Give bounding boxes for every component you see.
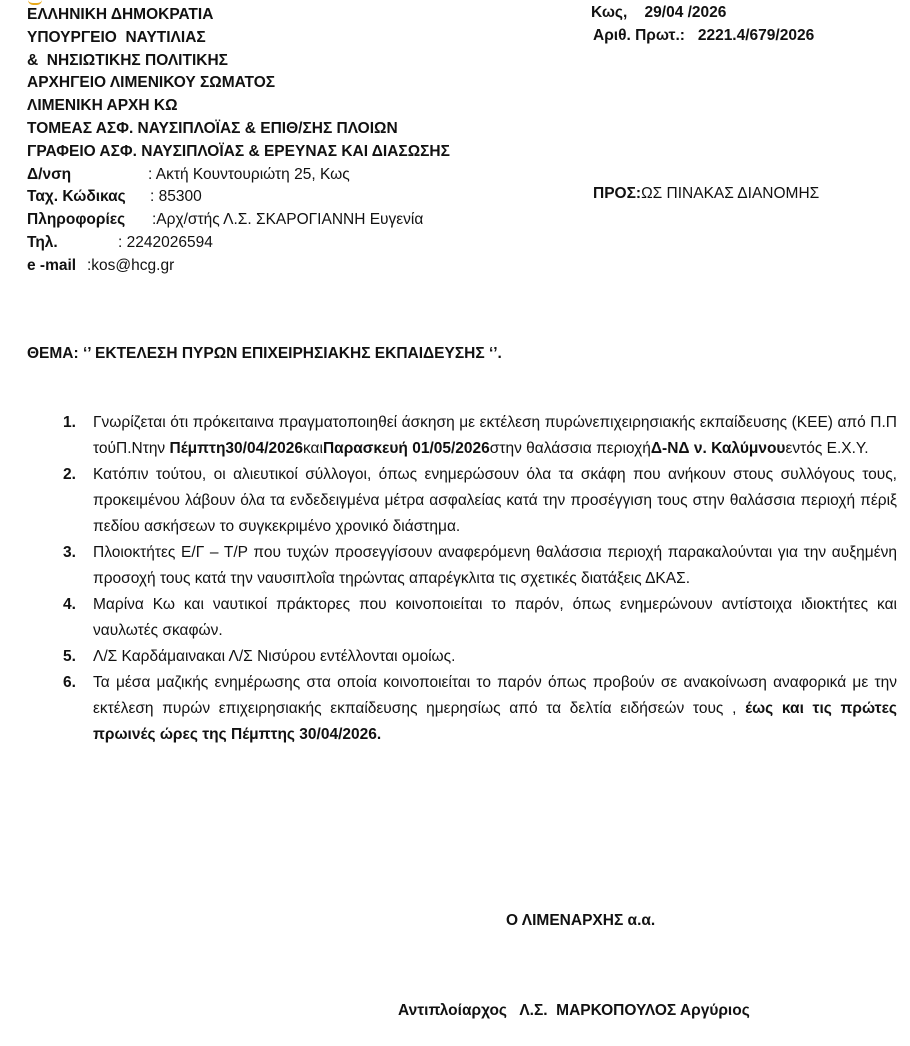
sender-header: ΕΛΛΗΝΙΚΗ ΔΗΜΟΚΡΑΤΙΑ ΥΠΟΥΡΓΕΙΟ ΝΑΥΤΙΛΙΑΣ … xyxy=(27,4,450,278)
item-text: Πλοιοκτήτες Ε/Γ – Τ/Ρ που τυχών προσεγγί… xyxy=(93,544,897,587)
item-number: 1. xyxy=(63,410,76,436)
item-text: Μαρίνα Κω και ναυτικοί πράκτορες που κοι… xyxy=(93,596,897,639)
item-number: 6. xyxy=(63,670,76,696)
signatory-title: Ο ΛΙΜΕΝΑΡΧΗΣ α.α. xyxy=(506,912,655,930)
phone-value: : 2242026594 xyxy=(118,234,213,251)
email-label: e -mail xyxy=(27,255,87,278)
address-label: Δ/νση xyxy=(27,164,148,187)
org-line: ΕΛΛΗΝΙΚΗ ΔΗΜΟΚΡΑΤΙΑ xyxy=(27,4,450,27)
org-line: ΛΙΜΕΝΙΚΗ ΑΡΧΗ ΚΩ xyxy=(27,95,450,118)
recipient-label: ΠΡΟΣ: xyxy=(593,185,641,202)
item-text-bold: Δ-ΝΔ ν. Καλύμνου xyxy=(651,440,786,457)
list-item: 5.Λ/Σ Καρδάμαινακαι Λ/Σ Νισύρου εντέλλον… xyxy=(63,644,897,670)
item-text: Κατόπιν τούτου, οι αλιευτικοί σύλλογοι, … xyxy=(93,466,897,535)
address-row: Δ/νση: Ακτή Κουντουριώτη 25, Κως xyxy=(27,164,450,187)
phone-row: Τηλ.: 2242026594 xyxy=(27,232,450,255)
recipient: ΠΡΟΣ:ΩΣ ΠΙΝΑΚΑΣ ΔΙΑΝΟΜΗΣ xyxy=(593,185,819,203)
list-item: 6.Τα μέσα μαζικής ενημέρωσης στα οποία κ… xyxy=(63,670,897,748)
signatory-name: Αντιπλοίαρχος Λ.Σ. ΜΑΡΚΟΠΟΥΛΟΣ Αργύριος xyxy=(398,1002,750,1020)
recipient-value: ΩΣ ΠΙΝΑΚΑΣ ΔΙΑΝΟΜΗΣ xyxy=(641,185,819,202)
numbered-instructions: 1.Γνωρίζεται ότι πρόκειταινα πραγματοποι… xyxy=(63,410,897,748)
phone-label: Τηλ. xyxy=(27,232,118,255)
item-text-bold: Πέμπτη30/04/2026 xyxy=(170,440,304,457)
item-text: στην θαλάσσια περιοχή xyxy=(490,440,651,457)
address-value: : Ακτή Κουντουριώτη 25, Κως xyxy=(148,166,350,183)
org-line: ΑΡΧΗΓΕΙΟ ΛΙΜΕΝΙΚΟΥ ΣΩΜΑΤΟΣ xyxy=(27,72,450,95)
item-number: 4. xyxy=(63,592,76,618)
email-value: :kos@hcg.gr xyxy=(87,257,174,274)
protocol-number: Αριθ. Πρωτ.: 2221.4/679/2026 xyxy=(593,27,814,45)
place-date: Κως, 29/04 /2026 xyxy=(591,4,726,22)
info-value: :Αρχ/στής Λ.Σ. ΣΚΑΡΟΓΙΑΝΝΗ Ευγενία xyxy=(152,211,423,228)
org-line: ΥΠΟΥΡΓΕΙΟ ΝΑΥΤΙΛΙΑΣ xyxy=(27,27,450,50)
org-line: & ΝΗΣΙΩΤΙΚΗΣ ΠΟΛΙΤΙΚΗΣ xyxy=(27,50,450,73)
item-text: Λ/Σ Καρδάμαινακαι Λ/Σ Νισύρου εντέλλοντα… xyxy=(93,648,455,665)
item-text: και xyxy=(303,440,323,457)
list-item: 3.Πλοιοκτήτες Ε/Γ – Τ/Ρ που τυχών προσεγ… xyxy=(63,540,897,592)
list-item: 4.Μαρίνα Κω και ναυτικοί πράκτορες που κ… xyxy=(63,592,897,644)
item-number: 5. xyxy=(63,644,76,670)
postal-value: : 85300 xyxy=(150,188,202,205)
org-line: ΓΡΑΦΕΙΟ ΑΣΦ. ΝΑΥΣΙΠΛΟΪΑΣ & ΕΡΕΥΝΑΣ ΚΑΙ Δ… xyxy=(27,141,450,164)
postal-row: Ταχ. Κώδικας: 85300 xyxy=(27,186,450,209)
email-row: e -mail:kos@hcg.gr xyxy=(27,255,450,278)
subject-line: ΘΕΜΑ: ‘’ ΕΚΤΕΛΕΣΗ ΠΥΡΩΝ ΕΠΙΧΕΙΡΗΣΙΑΚΗΣ Ε… xyxy=(27,345,502,363)
info-label: Πληροφορίες xyxy=(27,209,152,232)
info-row: Πληροφορίες:Αρχ/στής Λ.Σ. ΣΚΑΡΟΓΙΑΝΝΗ Ευ… xyxy=(27,209,450,232)
postal-label: Ταχ. Κώδικας xyxy=(27,186,150,209)
list-item: 2.Κατόπιν τούτου, οι αλιευτικοί σύλλογοι… xyxy=(63,462,897,540)
item-text-bold: Παρασκευή 01/05/2026 xyxy=(323,440,490,457)
item-text: εντός Ε.Χ.Υ. xyxy=(785,440,868,457)
item-number: 2. xyxy=(63,462,76,488)
item-number: 3. xyxy=(63,540,76,566)
list-item: 1.Γνωρίζεται ότι πρόκειταινα πραγματοποι… xyxy=(63,410,897,462)
org-line: ΤΟΜΕΑΣ ΑΣΦ. ΝΑΥΣΙΠΛΟΪΑΣ & ΕΠΙΘ/ΣΗΣ ΠΛΟΙΩ… xyxy=(27,118,450,141)
